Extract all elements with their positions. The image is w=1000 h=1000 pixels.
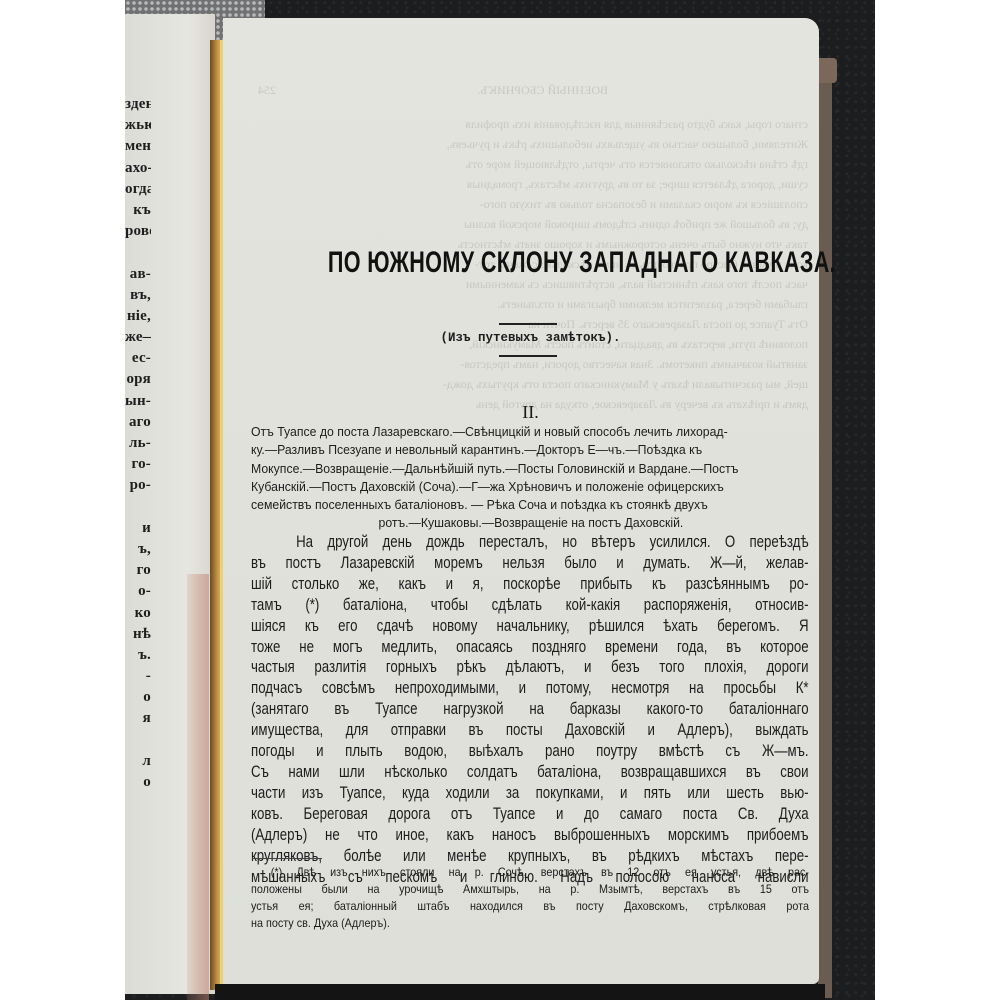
left-page-line: ъ. xyxy=(125,645,151,666)
bleed-line: глыбами берега, разлетится мелкими брызг… xyxy=(248,294,808,314)
left-page-line xyxy=(125,242,151,263)
right-page: ВОЕННЫЙ СБОРНИКЪ. 254 стнаго горы, какъ … xyxy=(223,18,819,984)
left-page-line: о xyxy=(125,772,151,793)
left-page-line: ніе, xyxy=(125,306,151,327)
page-shadow xyxy=(215,984,825,1000)
left-page-line: къ xyxy=(125,200,151,221)
left-page-text-edge: зденожьюмен-ахо-огдакъровоеав-въ,ніе,же—… xyxy=(125,94,151,793)
article-title: ПО ЮЖНОМУ СКЛОНУ ЗАПАДНАГО КАВКАЗА. xyxy=(328,246,733,280)
body-line: (занятаго въ Туапсе нагрузкой на барказы… xyxy=(251,699,809,720)
subtitle-rule xyxy=(499,355,557,357)
left-page-line xyxy=(125,730,151,751)
left-page-line: ав- xyxy=(125,264,151,285)
body-line: въ постъ Лазаревскій моремъ нельзя было … xyxy=(251,553,809,574)
left-page-line: ес- xyxy=(125,348,151,369)
article-subtitle: (Изъ путевыхъ замѣтокъ). xyxy=(249,331,812,345)
footnote-line: (*) Двѣ изъ нихъ стояли на р. Сочѣ, верс… xyxy=(251,864,809,881)
bleed-line: щей, мы разсчитывали ѣхать у Мамукинскаг… xyxy=(248,374,808,394)
book-photo: зденожьюмен-ахо-огдакъровоеав-въ,ніе,же—… xyxy=(125,0,875,1000)
left-page-line: нѣ xyxy=(125,624,151,645)
left-page-line: огда xyxy=(125,179,151,200)
body-line: тоже не могъ медлить, опасаясь поздняго … xyxy=(251,637,809,658)
footnote-line: на посту св. Духа (Адлеръ). xyxy=(251,915,809,932)
body-line: шій столько же, какъ и я, поскорѣе прибы… xyxy=(251,574,809,595)
left-page: зденожьюмен-ахо-огдакъровоеав-въ,ніе,же—… xyxy=(125,14,215,994)
bleed-running-head: ВОЕННЫЙ СБОРНИКЪ. xyxy=(478,80,608,100)
chapter-summary: Отъ Туапсе до поста Лазаревскаго.—Свѣнци… xyxy=(251,423,811,533)
left-page-line: го- xyxy=(125,454,151,475)
left-page-line: же— xyxy=(125,327,151,348)
footnote: (*) Двѣ изъ нихъ стояли на р. Сочѣ, верс… xyxy=(251,864,809,932)
body-line: части изъ Туапсе, куда ходили за покупка… xyxy=(251,783,809,804)
body-line: подчасъ совсѣмъ непроходимыми, и потому,… xyxy=(251,678,809,699)
body-line: частыя разлитія горныхъ рѣкъ дѣлаютъ, и … xyxy=(251,657,809,678)
body-line: На другой день дождь пересталъ, но вѣтер… xyxy=(251,532,809,553)
left-page-line: и xyxy=(125,518,151,539)
summary-line: Кубанскій.—Постъ Даховскій (Соча).—Г—жа … xyxy=(251,478,811,496)
chapter-number: II. xyxy=(249,402,812,423)
left-page-line: ъ, xyxy=(125,539,151,560)
summary-line: семействъ поселенныхъ баталіоновъ. — Рѣк… xyxy=(251,496,811,514)
bleed-line: суши, дорога дѣлается шире; за то въ дру… xyxy=(248,174,808,194)
page-stain xyxy=(187,574,209,1000)
left-page-line: - xyxy=(125,666,151,687)
left-page-line: аго xyxy=(125,412,151,433)
left-page-line: о xyxy=(125,687,151,708)
left-page-line: ль- xyxy=(125,433,151,454)
body-text: На другой день дождь пересталъ, но вѣтер… xyxy=(251,532,809,887)
bleed-line: занятый козачьимъ пикетомъ. Зная качеств… xyxy=(248,354,808,374)
left-page-line: жью xyxy=(125,115,151,136)
left-page-line: въ, xyxy=(125,285,151,306)
bleed-line: ду; въ большой же прибоѣ одинъ слѣдомъ ш… xyxy=(248,214,808,234)
left-page-line: о- xyxy=(125,581,151,602)
summary-line: Отъ Туапсе до поста Лазаревскаго.—Свѣнци… xyxy=(251,423,811,441)
left-page-line: здено xyxy=(125,94,151,115)
summary-line: ротъ.—Кушаковы.—Возвращеніе на постъ Дах… xyxy=(251,514,811,532)
left-page-line: ровое xyxy=(125,221,151,242)
left-page-line: я xyxy=(125,708,151,729)
bleed-line: Жителями, большею частью въ ущельяхъ неб… xyxy=(248,134,808,154)
left-page-line: ын- xyxy=(125,391,151,412)
bleed-line: гдѣ стѣна нѣсколько отклоняется отъ черт… xyxy=(248,154,808,174)
summary-line: Мокупсе.—Возвращеніе.—Дальнѣйшій путь.—П… xyxy=(251,460,811,478)
footnote-rule xyxy=(252,858,322,859)
body-line: имущества, для отправки въ посты Даховск… xyxy=(251,720,809,741)
body-line: ковъ. Береговая дорога отъ Туапсе и до с… xyxy=(251,804,809,825)
summary-line: ку.—Разливъ Псезуапе и невольный каранти… xyxy=(251,441,811,459)
title-rule xyxy=(499,323,557,325)
left-page-line: оря xyxy=(125,369,151,390)
footnote-line: устья ея; баталіонный штабъ находился въ… xyxy=(251,898,809,915)
footnote-line: положены были на урочищѣ Амхштырь, на р.… xyxy=(251,881,809,898)
body-line: (Адлеръ) не что иное, какъ наносъ выброш… xyxy=(251,825,809,846)
left-page-line xyxy=(125,497,151,518)
body-line: погоды и плыть водою, выѣхалъ рано поутр… xyxy=(251,741,809,762)
body-line: шіяся къ его сдачѣ новому начальнику, рѣ… xyxy=(251,616,809,637)
bleed-page-number: 254 xyxy=(258,80,276,100)
left-page-line: го xyxy=(125,560,151,581)
bleed-line: сползшіеся къ морю скалами и безопасна т… xyxy=(248,194,808,214)
book-cover-edge xyxy=(818,58,832,998)
left-page-line: ко xyxy=(125,603,151,624)
left-page-line: л xyxy=(125,751,151,772)
left-page-line: мен- xyxy=(125,136,151,157)
body-line: тамъ (*) баталіона, чтобы сдѣлать кой-ка… xyxy=(251,595,809,616)
left-page-line: ахо- xyxy=(125,158,151,179)
bleed-line: стнаго горы, какъ будто разсѣянныя для и… xyxy=(248,114,808,134)
left-page-line: ро- xyxy=(125,475,151,496)
body-line: Съ нами шли нѣсколько солдатъ баталіона,… xyxy=(251,762,809,783)
